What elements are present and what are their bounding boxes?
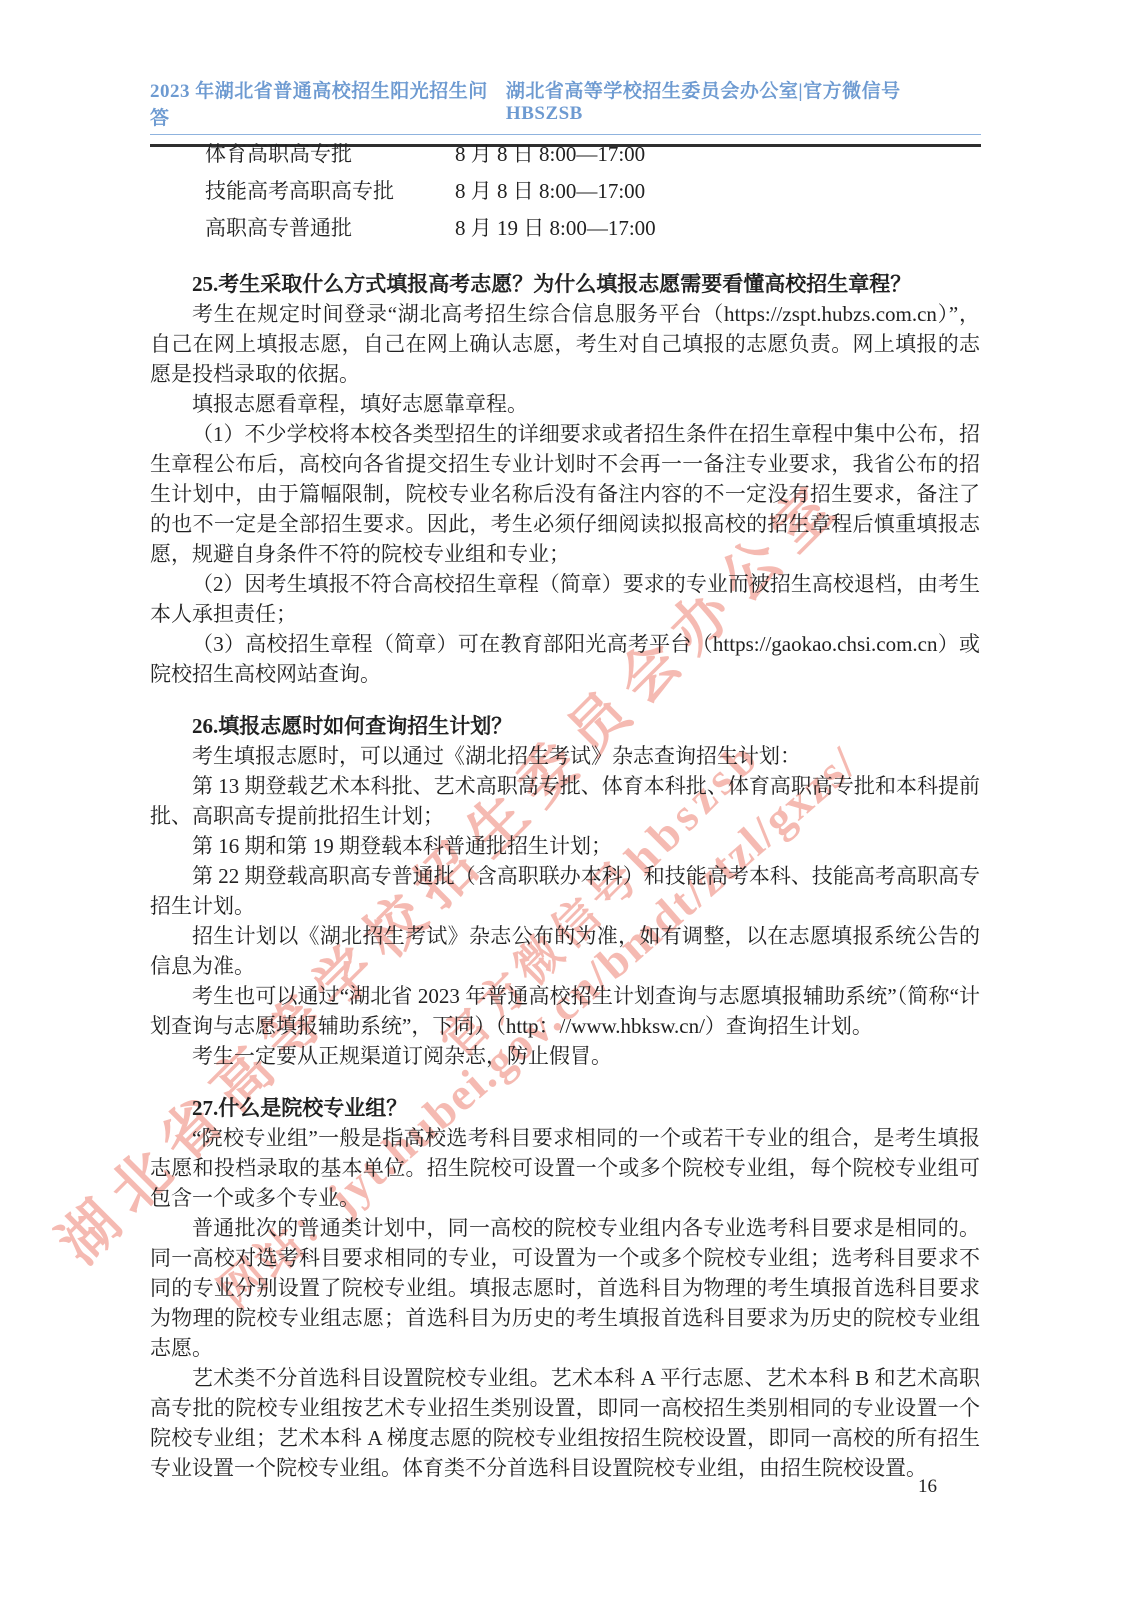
paragraph: （3）高校招生章程（简章）可在教育部阳光高考平台（https://gaokao.… bbox=[150, 629, 980, 689]
paragraph: 考生填报志愿时，可以通过《湖北招生考试》杂志查询招生计划： bbox=[150, 741, 980, 771]
table-row: 体育高职高专批 8 月 8 日 8:00—17:00 bbox=[205, 136, 980, 173]
batch-name: 技能高考高职高专批 bbox=[205, 173, 455, 210]
batch-time: 8 月 8 日 8:00—17:00 bbox=[455, 136, 645, 173]
paragraph: 考生也可以通过“湖北省 2023 年普通高校招生计划查询与志愿填报辅助系统”（简… bbox=[150, 981, 980, 1041]
document-page: 湖北省高等学校招生委员会办公室 官方微信号hbszsb 网站：jyt.hubei… bbox=[0, 0, 1131, 1600]
paragraph: 考生在规定时间登录“湖北高考招生综合信息服务平台（https://zspt.hu… bbox=[150, 299, 980, 389]
paragraph: “院校专业组”一般是指高校选考科目要求相同的一个或若干专业的组合，是考生填报志愿… bbox=[150, 1123, 980, 1213]
table-row: 技能高考高职高专批 8 月 8 日 8:00—17:00 bbox=[205, 173, 980, 210]
paragraph: 第 16 期和第 19 期登载本科普通批招生计划； bbox=[150, 831, 980, 861]
paragraph: 招生计划以《湖北招生考试》杂志公布的为准，如有调整，以在志愿填报系统公告的信息为… bbox=[150, 921, 980, 981]
question-title: 27.什么是院校专业组？ bbox=[150, 1093, 980, 1123]
page-number: 16 bbox=[918, 1476, 937, 1498]
paragraph: 填报志愿看章程，填好志愿靠章程。 bbox=[150, 389, 980, 419]
section-q27: 27.什么是院校专业组？ “院校专业组”一般是指高校选考科目要求相同的一个或若干… bbox=[150, 1093, 980, 1483]
paragraph: 第 22 期登载高职高专普通批（含高职联办本科）和技能高考本科、技能高考高职高专… bbox=[150, 861, 980, 921]
paragraph: 普通批次的普通类计划中，同一高校的院校专业组内各专业选考科目要求是相同的。同一高… bbox=[150, 1213, 980, 1363]
batch-time: 8 月 19 日 8:00—17:00 bbox=[455, 210, 656, 247]
page-content: 体育高职高专批 8 月 8 日 8:00—17:00 技能高考高职高专批 8 月… bbox=[150, 122, 980, 1483]
batch-time: 8 月 8 日 8:00—17:00 bbox=[455, 173, 645, 210]
header-title-right: 湖北省高等学校招生委员会办公室|官方微信号 HBSZSB bbox=[506, 76, 981, 125]
question-title: 26.填报志愿时如何查询招生计划？ bbox=[150, 711, 980, 741]
paragraph: （2）因考生填报不符合高校招生章程（简章）要求的专业而被招生高校退档，由考生本人… bbox=[150, 569, 980, 629]
batch-name: 高职高专普通批 bbox=[205, 210, 455, 247]
section-q26: 26.填报志愿时如何查询招生计划？ 考生填报志愿时，可以通过《湖北招生考试》杂志… bbox=[150, 711, 980, 1071]
question-title: 25.考生采取什么方式填报高考志愿？为什么填报志愿需要看懂高校招生章程？ bbox=[150, 269, 980, 299]
paragraph: （1）不少学校将本校各类型招生的详细要求或者招生条件在招生章程中集中公布，招生章… bbox=[150, 419, 980, 569]
paragraph: 第 13 期登载艺术本科批、艺术高职高专批、体育本科批、体育高职高专批和本科提前… bbox=[150, 771, 980, 831]
section-q25: 25.考生采取什么方式填报高考志愿？为什么填报志愿需要看懂高校招生章程？ 考生在… bbox=[150, 269, 980, 689]
paragraph: 艺术类不分首选科目设置院校专业组。艺术本科 A 平行志愿、艺术本科 B 和艺术高… bbox=[150, 1363, 980, 1483]
paragraph: 考生一定要从正规渠道订阅杂志，防止假冒。 bbox=[150, 1041, 980, 1071]
table-row: 高职高专普通批 8 月 19 日 8:00—17:00 bbox=[205, 210, 980, 247]
batch-schedule-table: 体育高职高专批 8 月 8 日 8:00—17:00 技能高考高职高专批 8 月… bbox=[205, 136, 980, 247]
batch-name: 体育高职高专批 bbox=[205, 136, 455, 173]
